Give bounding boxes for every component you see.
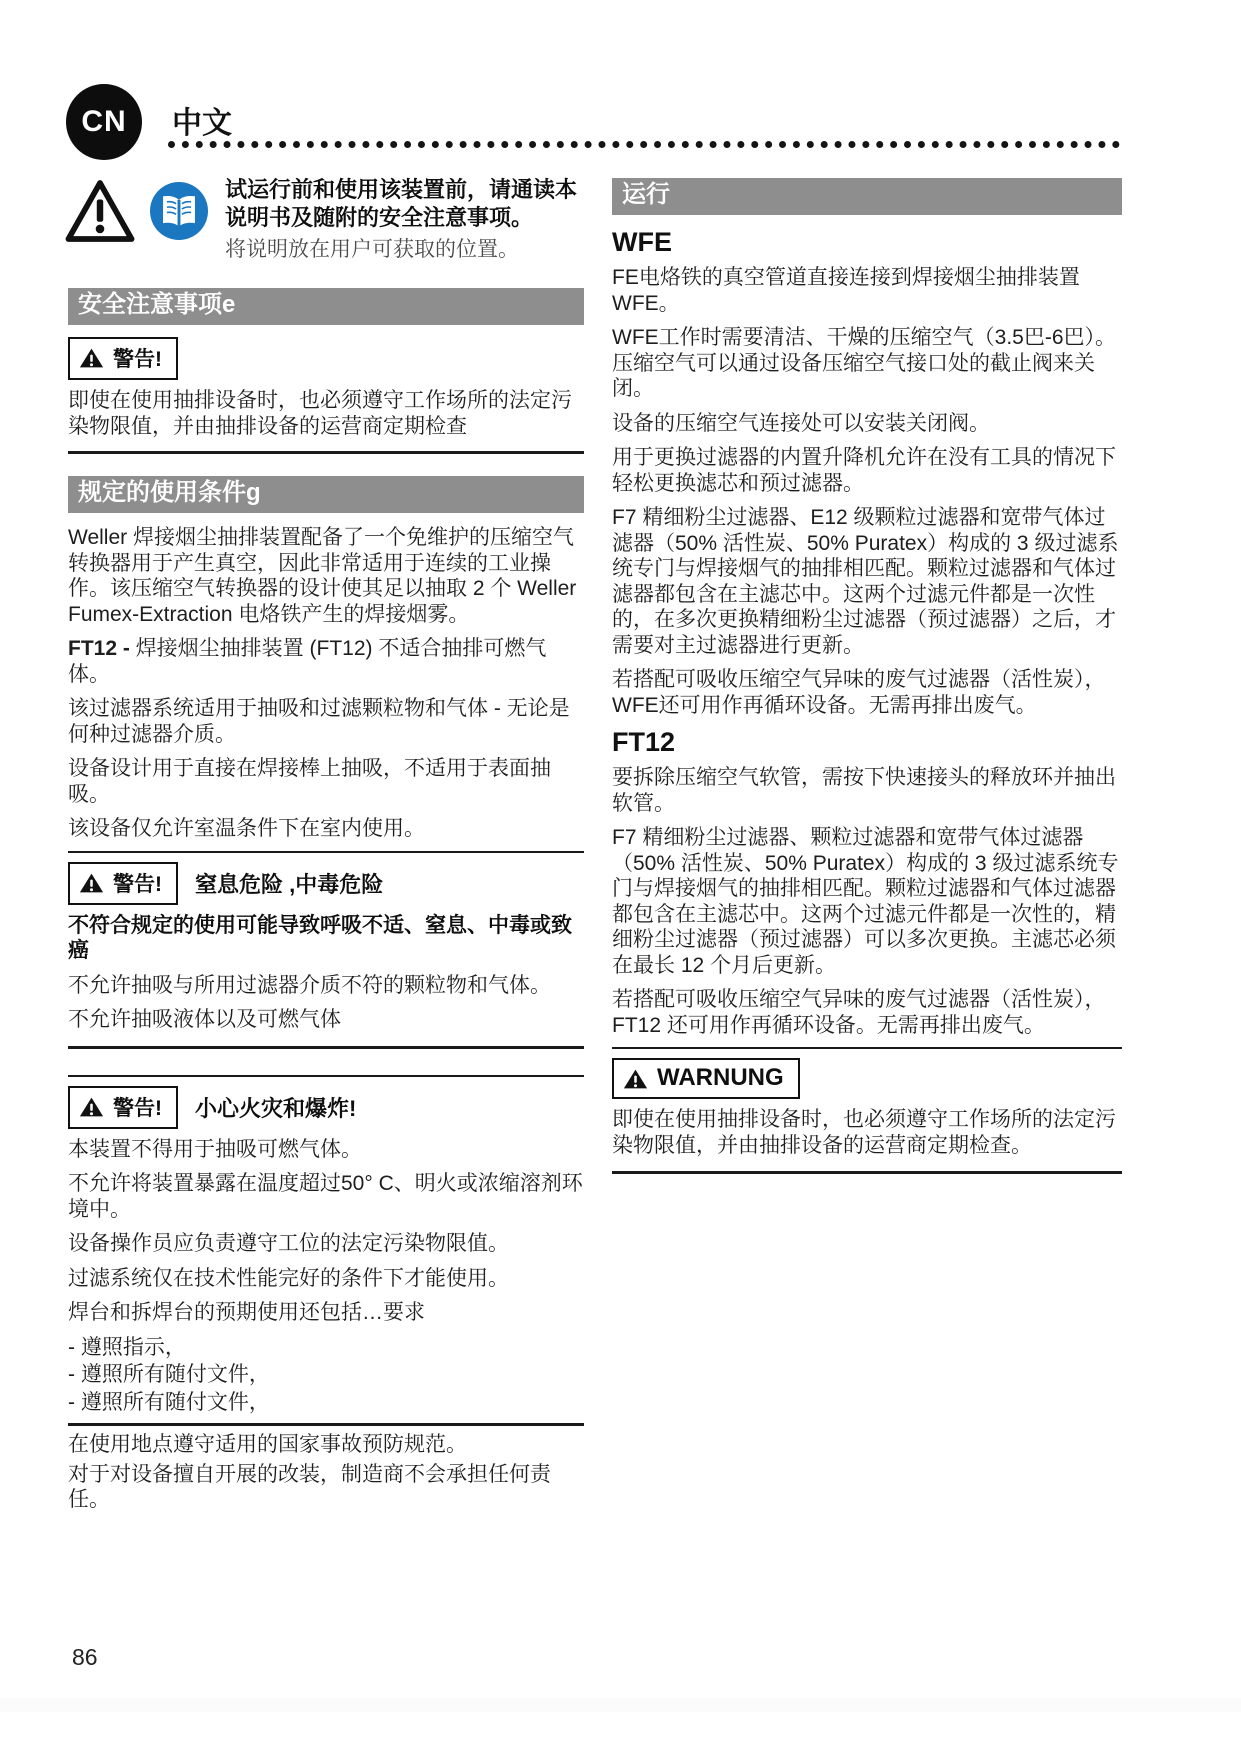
warning-filled-triangle-icon — [79, 347, 104, 369]
bullet-item: - 遵照指示， — [68, 1335, 584, 1361]
warning-filled-triangle-icon — [623, 1067, 648, 1089]
paragraph: 即使在使用抽排设备时，也必须遵守工作场所的法定污染物限值，并由抽排设备的运营商定… — [68, 388, 584, 439]
notice-text: 试运行前和使用该装置前，请通读本说明书及随附的安全注意事项。 将说明放在用户可获… — [225, 176, 594, 263]
bullet-item: - 遵照所有随付文件， — [68, 1362, 584, 1388]
paragraph: 若搭配可吸收压缩空气异味的废气过滤器（活性炭），FT12 还可用作再循环设备。无… — [612, 987, 1122, 1038]
warning-filled-triangle-icon — [79, 872, 104, 894]
warning-label-box: WARNUNG — [612, 1058, 800, 1099]
warning-filled-triangle-icon — [79, 1096, 104, 1118]
section-header-operation: 运行 — [612, 178, 1122, 215]
paragraph: FE电烙铁的真空管道直接连接到焊接烟尘抽排装置WFE。 — [612, 265, 1122, 316]
warning-label-box: 警告! — [68, 1086, 178, 1129]
warning-title: 小心火灾和爆炸! — [195, 1092, 356, 1123]
paragraph: 即使在使用抽排设备时，也必须遵守工作场所的法定污染物限值，并由抽排设备的运营商定… — [612, 1107, 1122, 1158]
paragraph: 在使用地点遵守适用的国家事故预防规范。 — [68, 1432, 584, 1458]
notice-sub-text: 将说明放在用户可获取的位置。 — [225, 236, 594, 263]
heading-wfe: WFE — [612, 227, 1122, 257]
paragraph: F7 精细粉尘过滤器、颗粒过滤器和宽带气体过滤器（50% 活性炭、50% Pur… — [612, 825, 1122, 978]
paragraph: WFE工作时需要清洁、干燥的压缩空气（3.5巴-6巴）。压缩空气可以通过设备压缩… — [612, 325, 1122, 402]
paragraph-bold: 不符合规定的使用可能导致呼吸不适、窒息、中毒或致癌 — [68, 913, 584, 964]
bullet-item: - 遵照所有随付文件， — [68, 1390, 584, 1416]
warning-label-text: WARNUNG — [657, 1064, 784, 1092]
warning-block-suffocation: 警告! 窒息危险 ,中毒危险 不符合规定的使用可能导致呼吸不适、窒息、中毒或致癌… — [68, 851, 584, 1049]
paragraph: Weller 焊接烟尘抽排装置配备了一个免维护的压缩空气转换器用于产生真空，因此… — [68, 525, 584, 627]
paragraph: 该设备仅允许室温条件下在室内使用。 — [68, 816, 584, 842]
warning-label-box: 警告! — [68, 337, 178, 380]
ft12-inline-label: FT12 - — [68, 637, 130, 660]
warning-title: 窒息危险 ,中毒危险 — [195, 868, 383, 899]
paragraph-text: 焊接烟尘抽排装置 (FT12) 不适合抽排可燃气体。 — [68, 637, 546, 686]
warning-label-box: 警告! — [68, 862, 178, 905]
paragraph: 过滤系统仅在技术性能完好的条件下才能使用。 — [68, 1266, 584, 1292]
paragraph: FT12 - 焊接烟尘抽排装置 (FT12) 不适合抽排可燃气体。 — [68, 636, 584, 687]
section-header-safety: 安全注意事项e — [68, 288, 584, 325]
warning-label-text: 警告! — [113, 1092, 162, 1122]
right-column: 运行 WFE FE电烙铁的真空管道直接连接到焊接烟尘抽排装置WFE。 WFE工作… — [612, 178, 1122, 1180]
dotted-divider — [168, 141, 1120, 148]
paragraph: 不允许抽吸液体以及可燃气体 — [68, 1007, 584, 1033]
warning-block-safety: 警告! 即使在使用抽排设备时，也必须遵守工作场所的法定污染物限值，并由抽排设备的… — [68, 337, 584, 454]
read-manual-icon — [150, 182, 208, 245]
section-header-usage: 规定的使用条件g — [68, 476, 584, 513]
warnung-block: WARNUNG 即使在使用抽排设备时，也必须遵守工作场所的法定污染物限值，并由抽… — [612, 1047, 1122, 1174]
paragraph: 要拆除压缩空气软管，需按下快速接头的释放环并抽出软管。 — [612, 765, 1122, 816]
notice-bold-text: 试运行前和使用该装置前，请通读本说明书及随附的安全注意事项。 — [225, 176, 594, 232]
manual-page: CN 中文 试运行前和使用该装置前，请通读本说明书及随附的安全注意事项。 将说明… — [0, 0, 1241, 1754]
paragraph: 本装置不得用于抽吸可燃气体。 — [68, 1137, 584, 1163]
paragraph: F7 精细粉尘过滤器、E12 级颗粒过滤器和宽带气体过滤器（50% 活性炭、50… — [612, 505, 1122, 658]
paragraph: 该过滤器系统适用于抽吸和过滤颗粒物和气体 - 无论是何种过滤器介质。 — [68, 696, 584, 747]
warning-block-fire: 警告! 小心火灾和爆炸! 本装置不得用于抽吸可燃气体。 不允许将装置暴露在温度超… — [68, 1075, 584, 1427]
left-column: 安全注意事项e 警告! 即使在使用抽排设备时，也必须遵守工作场所的法定污染物限值… — [68, 288, 584, 1522]
page-number: 86 — [72, 1644, 98, 1671]
page-title: 中文 — [172, 98, 232, 142]
paragraph: 不允许将装置暴露在温度超过50° C、明火或浓缩溶剂环境中。 — [68, 1171, 584, 1222]
paragraph: 设备设计用于直接在焊接棒上抽吸，不适用于表面抽吸。 — [68, 756, 584, 807]
paragraph: 焊台和拆焊台的预期使用还包括…要求 — [68, 1300, 584, 1326]
paragraph: 设备的压缩空气连接处可以安装关闭阀。 — [612, 411, 1122, 437]
paragraph: 若搭配可吸收压缩空气异味的废气过滤器（活性炭），WFE还可用作再循环设备。无需再… — [612, 667, 1122, 718]
language-badge: CN — [66, 84, 142, 160]
paragraph: 不允许抽吸与所用过滤器介质不符的颗粒物和气体。 — [68, 973, 584, 999]
warning-triangle-icon — [64, 178, 136, 249]
scan-shade — [0, 1698, 1241, 1712]
heading-ft12: FT12 — [612, 727, 1122, 757]
paragraph: 设备操作员应负责遵守工位的法定污染物限值。 — [68, 1231, 584, 1257]
read-manual-notice: 试运行前和使用该装置前，请通读本说明书及随附的安全注意事项。 将说明放在用户可获… — [64, 176, 594, 263]
paragraph: 对于对设备擅自开展的改装，制造商不会承担任何责任。 — [68, 1462, 584, 1513]
warning-label-text: 警告! — [113, 343, 162, 373]
paragraph: 用于更换过滤器的内置升降机允许在没有工具的情况下轻松更换滤芯和预过滤器。 — [612, 445, 1122, 496]
warning-label-text: 警告! — [113, 868, 162, 898]
